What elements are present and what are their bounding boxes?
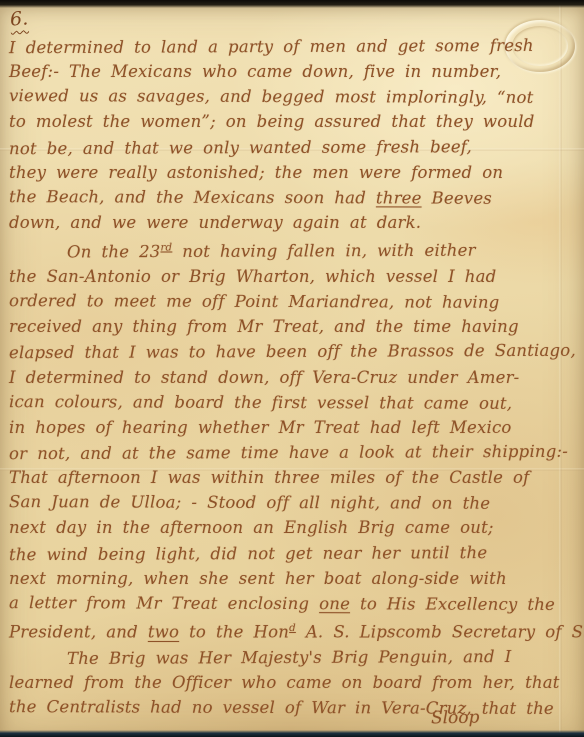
manuscript-line: President, and two to the Hond A. S. Lip… xyxy=(9,616,546,645)
manuscript-line: they were really astonished; the men wer… xyxy=(9,160,546,185)
manuscript-line: in hopes of hearing whether Mr Treat had… xyxy=(9,415,546,440)
manuscript-line: next morning, when she sent her boat alo… xyxy=(9,566,546,591)
letter-body: I determined to land a party of men and … xyxy=(9,34,546,720)
manuscript-line: ordered to meet me off Point Mariandrea,… xyxy=(9,288,546,315)
manuscript-line: I determined to land a party of men and … xyxy=(9,33,546,60)
manuscript-line: received any thing from Mr Treat, and th… xyxy=(9,314,546,339)
manuscript-line: the wind being light, did not get near h… xyxy=(9,539,546,566)
manuscript-line: elapsed that I was to have been off the … xyxy=(9,338,546,365)
manuscript-line: That afternoon I was within three miles … xyxy=(9,465,546,490)
scan-edge-bottom xyxy=(0,730,584,737)
manuscript-line: San Juan de Ulloa; - Stood off all night… xyxy=(9,489,546,516)
manuscript-line: On the 23rd not having fallen in, with e… xyxy=(9,234,546,265)
manuscript-line: The Brig was Her Majesty's Brig Penguin,… xyxy=(9,644,546,671)
manuscript-line: the Beach, and the Mexicans soon had thr… xyxy=(9,184,546,211)
manuscript-line: a letter from Mr Treat enclosing one to … xyxy=(9,590,546,617)
manuscript-line: or not, and at the same time have a look… xyxy=(9,439,546,466)
manuscript-scan: { "colors": { "paper": "#eddbaa", "ink":… xyxy=(0,0,584,737)
manuscript-line: the San-Antonio or Brig Wharton, which v… xyxy=(9,264,546,289)
manuscript-line: down, and we were underway again at dark… xyxy=(9,210,546,235)
manuscript-line: ican colours, and board the first vessel… xyxy=(9,389,546,416)
scan-edge-top xyxy=(0,0,584,8)
manuscript-line: Beef:- The Mexicans who came down, five … xyxy=(9,59,546,84)
catchword: Sloop xyxy=(430,708,479,729)
manuscript-line: I determined to stand down, off Vera-Cru… xyxy=(9,365,546,390)
manuscript-line: viewed us as savages, and begged most im… xyxy=(9,83,546,110)
manuscript-line: next day in the afternoon an English Bri… xyxy=(9,515,546,540)
manuscript-line: learned from the Officer who came on boa… xyxy=(9,670,546,695)
manuscript-line: not be, and that we only wanted some fre… xyxy=(9,133,546,160)
manuscript-line: to molest the women”; on being assured t… xyxy=(9,109,546,134)
page-number: 6. xyxy=(9,7,29,30)
